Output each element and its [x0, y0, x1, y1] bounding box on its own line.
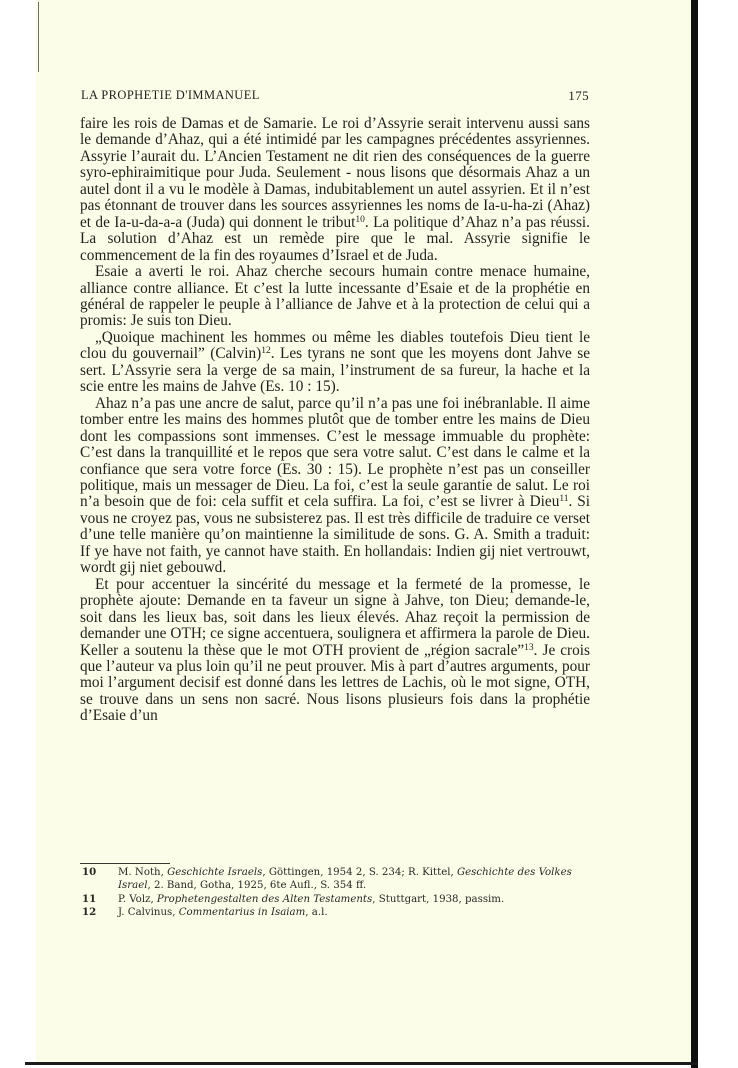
footnote-text: , 2. Band, Gotha, 1925, 6te Aufl., S. 35…: [147, 880, 366, 891]
page-number: 175: [568, 88, 589, 104]
footnote-text: , Stuttgart, 1938, passim.: [372, 894, 504, 905]
footnote-text: M. Noth,: [118, 867, 167, 878]
paragraph-text: Esaie a averti le roi. Ahaz cherche seco…: [80, 263, 590, 329]
paragraph-text: Et pour accentuer la sincérité du messag…: [80, 576, 590, 659]
footnote-number: 10: [82, 866, 96, 879]
footnote-number: 11: [82, 893, 96, 906]
footnote: 11P. Volz, Prophetengestalten des Alten …: [80, 893, 595, 906]
scan-edge-line-left: [38, 2, 39, 72]
footnote-text: J. Calvinus,: [118, 907, 179, 918]
paragraph: Ahaz n’a pas une ancre de salut, parce q…: [80, 396, 590, 577]
paragraph: Esaie a averti le roi. Ahaz cherche seco…: [80, 264, 590, 330]
footnote-text: P. Volz,: [118, 894, 157, 905]
footnote-title: Geschichte Israels: [167, 867, 262, 878]
footnotes: 10M. Noth, Geschichte Israels, Göttingen…: [80, 866, 595, 920]
footnote-divider: [80, 863, 170, 864]
paragraph: Et pour accentuer la sincérité du messag…: [80, 577, 590, 725]
scan-edge-right: [691, 0, 698, 1068]
paragraph: faire les rois de Damas et de Samarie. L…: [80, 116, 590, 264]
footnote: 10M. Noth, Geschichte Israels, Göttingen…: [80, 866, 595, 893]
footnote-reference[interactable]: 12: [261, 346, 271, 356]
footnote-title: Prophetengestalten des Alten Testaments: [157, 894, 372, 905]
running-head: LA PROPHETIE D'IMMANUEL 175: [81, 88, 589, 104]
running-head-title: LA PROPHETIE D'IMMANUEL: [81, 88, 260, 103]
paragraph: „Quoique machinent les hommes ou même le…: [80, 330, 590, 396]
footnote-text: , Göttingen, 1954 2, S. 234; R. Kittel,: [262, 867, 457, 878]
footnote-reference[interactable]: 10: [355, 215, 365, 225]
footnote-reference[interactable]: 11: [559, 494, 568, 504]
scan-edge-bottom: [25, 1062, 698, 1065]
footnote: 12J. Calvinus, Commentarius in Isaiam, a…: [80, 906, 595, 919]
footnote-reference[interactable]: 13: [524, 643, 534, 653]
body-text: faire les rois de Damas et de Samarie. L…: [80, 116, 590, 725]
footnote-text: , a.l.: [305, 907, 327, 918]
footnote-title: Commentarius in Isaiam: [179, 907, 306, 918]
footnote-number: 12: [82, 906, 96, 919]
paragraph-text: Ahaz n’a pas une ancre de salut, parce q…: [80, 395, 590, 511]
